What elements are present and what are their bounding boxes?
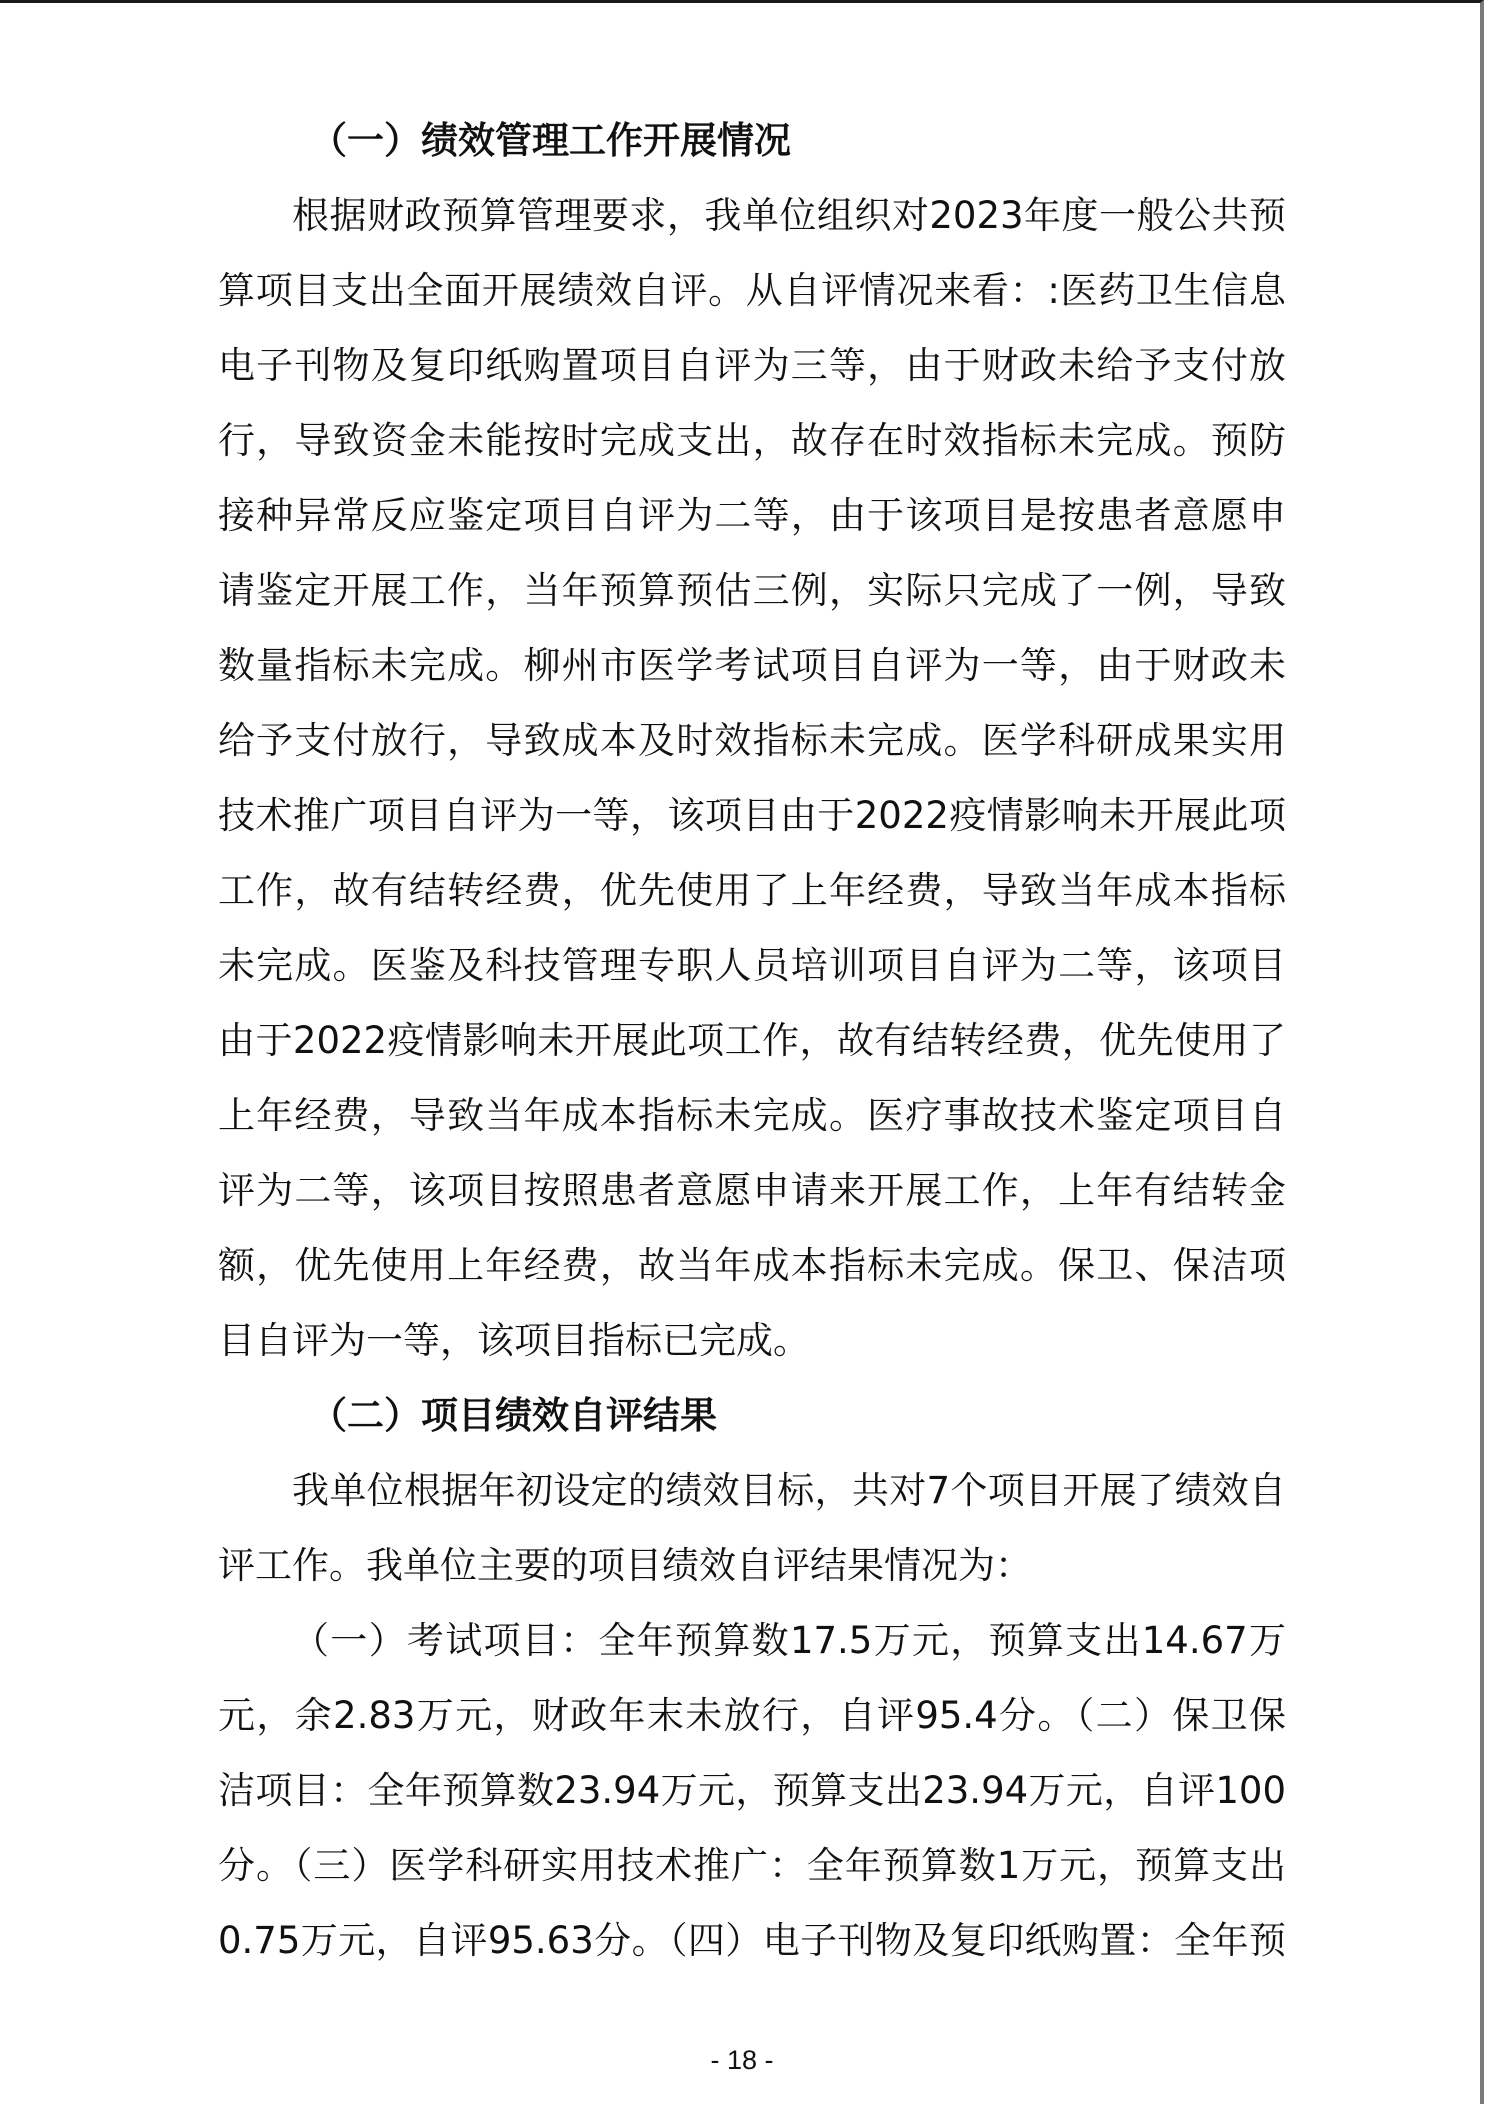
paragraph-self-evaluation-results: （一）考试项目：全年预算数17.5万元，预算支出14.67万 元，余2.83万元… — [218, 1603, 1286, 1978]
section-heading-self-evaluation-results: （二）项目绩效自评结果 — [218, 1378, 1286, 1453]
text-line: 0.75万元，自评95.63分。（四）电子刊物及复印纸购置：全年预 — [218, 1903, 1286, 1978]
text-line: 目自评为一等，该项目指标已完成。 — [218, 1303, 1286, 1378]
text-line: 行，导致资金未能按时完成支出，故存在时效指标未完成。预防 — [218, 403, 1286, 478]
text-line: 请鉴定开展工作，当年预算预估三例，实际只完成了一例，导致 — [218, 553, 1286, 628]
text-line: 未完成。医鉴及科技管理专职人员培训项目自评为二等，该项目 — [218, 928, 1286, 1003]
text-line: 分。（三）医学科研实用技术推广：全年预算数1万元，预算支出 — [218, 1828, 1286, 1903]
text-line: 电子刊物及复印纸购置项目自评为三等，由于财政未给予支付放 — [218, 328, 1286, 403]
text-line: 评为二等，该项目按照患者意愿申请来开展工作，上年有结转金 — [218, 1153, 1286, 1228]
text-line: 接种异常反应鉴定项目自评为二等，由于该项目是按患者意愿申 — [218, 478, 1286, 553]
page-number: - 18 - — [0, 2045, 1484, 2076]
text-line: 根据财政预算管理要求，我单位组织对2023年度一般公共预 — [218, 178, 1286, 253]
text-line: 元，余2.83万元，财政年末未放行，自评95.4分。（二）保卫保 — [218, 1678, 1286, 1753]
paragraph-self-evaluation-intro: 我单位根据年初设定的绩效目标，共对7个项目开展了绩效自 评工作。我单位主要的项目… — [218, 1453, 1286, 1603]
text-line: 数量指标未完成。柳州市医学考试项目自评为一等，由于财政未 — [218, 628, 1286, 703]
text-line: 给予支付放行，导致成本及时效指标未完成。医学科研成果实用 — [218, 703, 1286, 778]
document-page: （一）绩效管理工作开展情况 根据财政预算管理要求，我单位组织对2023年度一般公… — [0, 0, 1484, 2104]
text-line: 评工作。我单位主要的项目绩效自评结果情况为： — [218, 1528, 1286, 1603]
text-line: （一）考试项目：全年预算数17.5万元，预算支出14.67万 — [218, 1603, 1286, 1678]
text-line: 额，优先使用上年经费，故当年成本指标未完成。保卫、保洁项 — [218, 1228, 1286, 1303]
text-line: 我单位根据年初设定的绩效目标，共对7个项目开展了绩效自 — [218, 1453, 1286, 1528]
text-line: 洁项目：全年预算数23.94万元，预算支出23.94万元，自评100 — [218, 1753, 1286, 1828]
text-line: 工作，故有结转经费，优先使用了上年经费，导致当年成本指标 — [218, 853, 1286, 928]
text-line: 上年经费，导致当年成本指标未完成。医疗事故技术鉴定项目自 — [218, 1078, 1286, 1153]
section-heading-performance-management: （一）绩效管理工作开展情况 — [218, 103, 1286, 178]
text-line: 技术推广项目自评为一等，该项目由于2022疫情影响未开展此项 — [218, 778, 1286, 853]
page-content: （一）绩效管理工作开展情况 根据财政预算管理要求，我单位组织对2023年度一般公… — [218, 103, 1286, 1978]
text-line: 算项目支出全面开展绩效自评。从自评情况来看：:医药卫生信息 — [218, 253, 1286, 328]
paragraph-performance-management: 根据财政预算管理要求，我单位组织对2023年度一般公共预 算项目支出全面开展绩效… — [218, 178, 1286, 1378]
text-line: 由于2022疫情影响未开展此项工作，故有结转经费，优先使用了 — [218, 1003, 1286, 1078]
